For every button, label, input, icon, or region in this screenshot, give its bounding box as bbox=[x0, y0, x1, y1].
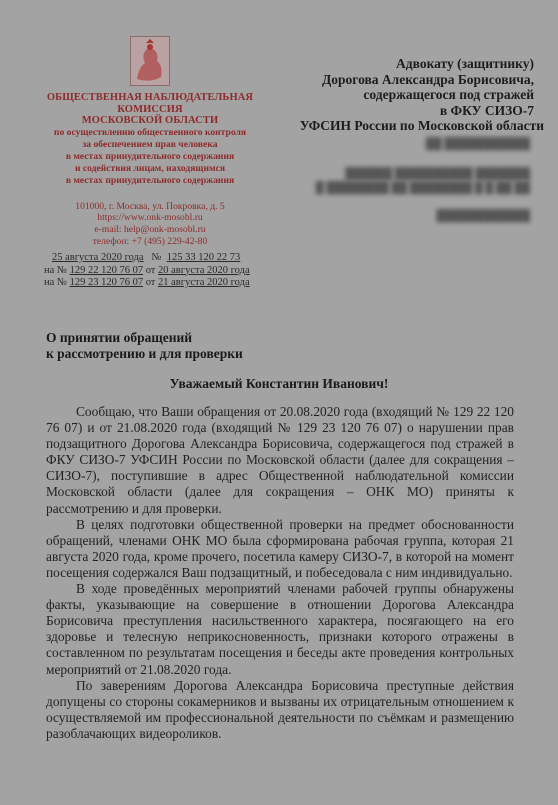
reference-row: на № 129 22 120 76 07 от 20 августа 2020… bbox=[44, 265, 250, 278]
paragraph: В ходе проведённых мероприятий членами р… bbox=[46, 581, 514, 678]
subject-line: О принятии обращений bbox=[46, 330, 243, 346]
letter-body: Сообщаю, что Ваши обращения от 20.08.202… bbox=[46, 404, 514, 742]
org-email: e-mail: help@onk-mosobl.ru bbox=[22, 224, 278, 236]
org-address: 101000, г. Москва, ул. Покровка, д. 5 bbox=[22, 201, 278, 213]
org-name-line2: МОСКОВСКОЙ ОБЛАСТИ bbox=[22, 115, 278, 127]
redacted-text: ██████ ██████████ ███████ bbox=[345, 168, 530, 180]
coat-of-arms-icon bbox=[130, 36, 170, 86]
ref-date: 20 августа 2020 года bbox=[158, 265, 250, 276]
org-phone: телефон: +7 (495) 229-42-80 bbox=[22, 236, 278, 248]
subject: О принятии обращений к рассмотрению и дл… bbox=[46, 330, 243, 361]
addressee-line: в ФКУ СИЗО-7 bbox=[244, 103, 534, 119]
subject-line: к рассмотрению и для проверки bbox=[46, 346, 243, 362]
ref-prefix: на № bbox=[44, 277, 67, 288]
redacted-text: █ ████████ ██ ████████ █ █ ██ ██ bbox=[316, 182, 530, 194]
ref-number: 129 23 120 76 07 bbox=[70, 277, 144, 288]
ref-date: 21 августа 2020 года bbox=[158, 277, 250, 288]
paragraph: Сообщаю, что Ваши обращения от 20.08.202… bbox=[46, 404, 514, 517]
reference-block: 25 августа 2020 года № 125 33 120 22 73 … bbox=[44, 252, 250, 290]
outgoing-number: 125 33 120 22 73 bbox=[167, 252, 241, 263]
redacted-text: ██ ███████████ bbox=[426, 138, 530, 150]
salutation: Уважаемый Константин Иванович! bbox=[0, 376, 558, 392]
org-sub-line: в местах принудительного содержания bbox=[22, 151, 278, 163]
letter-page: ОБЩЕСТВЕННАЯ НАБЛЮДАТЕЛЬНАЯ КОМИССИЯ МОС… bbox=[0, 0, 558, 805]
addressee-line: содержащегося под стражей bbox=[244, 87, 534, 103]
paragraph: По заверениям Дорогова Александра Борисо… bbox=[46, 678, 514, 742]
org-sub-line: и содействия лицам, находящимся bbox=[22, 163, 278, 175]
org-sub-line: в местах принудительного содержания bbox=[22, 175, 278, 187]
redacted-text: ████████████ bbox=[436, 210, 530, 222]
letterhead: ОБЩЕСТВЕННАЯ НАБЛЮДАТЕЛЬНАЯ КОМИССИЯ МОС… bbox=[22, 36, 278, 248]
addressee-line: УФСИН России по Московской области bbox=[244, 118, 544, 134]
addressee-line: Адвокату (защитнику) bbox=[244, 56, 534, 72]
org-name-line1: ОБЩЕСТВЕННАЯ НАБЛЮДАТЕЛЬНАЯ КОМИССИЯ bbox=[22, 92, 278, 115]
addressee-line: Дорогова Александра Борисовича, bbox=[244, 72, 534, 88]
paragraph: В целях подготовки общественной проверки… bbox=[46, 517, 514, 581]
org-sub-line: за обеспечением прав человека bbox=[22, 139, 278, 151]
outgoing-date: 25 августа 2020 года bbox=[52, 252, 144, 263]
reference-row: на № 129 23 120 76 07 от 21 августа 2020… bbox=[44, 277, 250, 290]
org-website: https://www.onk-mosobl.ru bbox=[22, 212, 278, 224]
ref-sep: от bbox=[146, 265, 156, 276]
ref-number: 129 22 120 76 07 bbox=[70, 265, 144, 276]
addressee-block: Адвокату (защитнику) Дорогова Александра… bbox=[244, 56, 534, 134]
number-label: № bbox=[151, 252, 161, 263]
ref-sep: от bbox=[146, 277, 156, 288]
ref-prefix: на № bbox=[44, 265, 67, 276]
org-sub-line: по осуществлению общественного контроля bbox=[22, 127, 278, 139]
